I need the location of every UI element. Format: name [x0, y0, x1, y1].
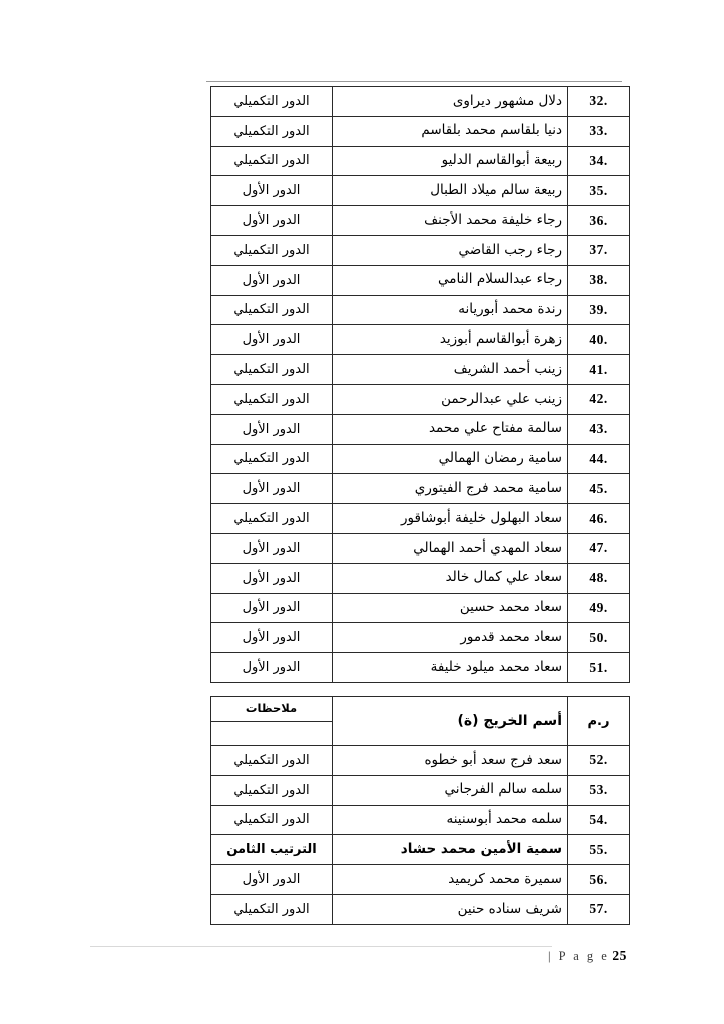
table-row: 53.سلمه سالم الفرجانيالدور التكميلي	[211, 775, 629, 805]
row-number: 43.	[568, 415, 629, 444]
table-row: 42.زينب علي عبدالرحمنالدور التكميلي	[211, 384, 629, 414]
header-notes-empty	[211, 722, 332, 745]
exam-round-status: الدور التكميلي	[211, 87, 333, 116]
exam-round-status: الترتيب الثامن	[211, 835, 333, 864]
exam-round-status: الدور الأول	[211, 325, 333, 354]
row-number: 55.	[568, 835, 629, 864]
row-number: 56.	[568, 865, 629, 894]
graduate-name: سالمة مفتاح علي محمد	[333, 415, 568, 444]
exam-round-status: الدور التكميلي	[211, 355, 333, 384]
graduate-name: رندة محمد أبوريانه	[333, 296, 568, 325]
exam-round-status: الدور الأول	[211, 534, 333, 563]
row-number: 37.	[568, 236, 629, 265]
table-row: 56.سميرة محمد كريميدالدور الأول	[211, 864, 629, 894]
exam-round-status: الدور التكميلي	[211, 504, 333, 533]
row-number: 46.	[568, 504, 629, 533]
graduate-name: ربيعة سالم ميلاد الطبال	[333, 176, 568, 205]
exam-round-status: الدور الأول	[211, 176, 333, 205]
exam-round-status: الدور التكميلي	[211, 746, 333, 775]
table-row: 57.شريف سناده حنينالدور التكميلي	[211, 894, 629, 924]
table-top-artifact-line	[206, 81, 622, 82]
row-number: 35.	[568, 176, 629, 205]
row-number: 38.	[568, 266, 629, 295]
header-notes-cell: ملاحظات	[211, 697, 333, 745]
table-row: 50.سعاد محمد قدمورالدور الأول	[211, 622, 629, 652]
row-number: 51.	[568, 653, 629, 682]
exam-round-status: الدور التكميلي	[211, 117, 333, 146]
table-row: 54.سلمه محمد أبوسنينهالدور التكميلي	[211, 805, 629, 835]
graduate-name: سعاد البهلول خليفة أبوشاقور	[333, 504, 568, 533]
table-row: 44.سامية رمضان الهماليالدور التكميلي	[211, 444, 629, 474]
row-number: 47.	[568, 534, 629, 563]
table-row: 41.زينب أحمد الشريفالدور التكميلي	[211, 354, 629, 384]
graduate-name: زهرة أبوالقاسم أبوزيد	[333, 325, 568, 354]
graduates-table-rows-32-51: 32.دلال مشهور ديراوىالدور التكميلي33.دني…	[210, 86, 630, 683]
header-notes-label: ملاحظات	[211, 697, 332, 722]
table-row: 36.رجاء خليفة محمد الأجنفالدور الأول	[211, 205, 629, 235]
graduate-name: دلال مشهور ديراوى	[333, 87, 568, 116]
page-footer: | P a g e25	[548, 948, 627, 964]
graduate-name: دنيا بلقاسم محمد بلقاسم	[333, 117, 568, 146]
exam-round-status: الدور الأول	[211, 865, 333, 894]
graduate-name: سعاد علي كمال خالد	[333, 564, 568, 593]
graduate-name: سامية رمضان الهمالي	[333, 445, 568, 474]
graduate-name: رجاء عبدالسلام النامي	[333, 266, 568, 295]
graduate-name: سمية الأمين محمد حشاد	[333, 835, 568, 864]
graduate-name: شريف سناده حنين	[333, 895, 568, 924]
exam-round-status: الدور التكميلي	[211, 147, 333, 176]
table-row: 51.سعاد محمد ميلود خليفةالدور الأول	[211, 652, 629, 682]
graduate-name: سامية محمد فرج الفيتوري	[333, 474, 568, 503]
exam-round-status: الدور التكميلي	[211, 445, 333, 474]
table-row: 49.سعاد محمد حسينالدور الأول	[211, 593, 629, 623]
exam-round-status: الدور الأول	[211, 266, 333, 295]
exam-round-status: الدور الأول	[211, 653, 333, 682]
exam-round-status: الدور الأول	[211, 206, 333, 235]
table-row: 48.سعاد علي كمال خالدالدور الأول	[211, 563, 629, 593]
document-page: 32.دلال مشهور ديراوىالدور التكميلي33.دني…	[0, 0, 724, 1024]
table-row: 40.زهرة أبوالقاسم أبوزيدالدور الأول	[211, 324, 629, 354]
exam-round-status: الدور التكميلي	[211, 895, 333, 924]
row-number: 40.	[568, 325, 629, 354]
exam-round-status: الدور الأول	[211, 564, 333, 593]
table-row: 34.ربيعة أبوالقاسم الدليوالدور التكميلي	[211, 146, 629, 176]
row-number: 54.	[568, 806, 629, 835]
graduate-name: سلمه سالم الفرجاني	[333, 776, 568, 805]
exam-round-status: الدور التكميلي	[211, 806, 333, 835]
graduate-name: ربيعة أبوالقاسم الدليو	[333, 147, 568, 176]
graduate-name: سعاد محمد حسين	[333, 594, 568, 623]
graduate-name: زينب أحمد الشريف	[333, 355, 568, 384]
row-number: 33.	[568, 117, 629, 146]
table-header-row: ر.م أسم الخريج (ة) ملاحظات	[211, 697, 629, 745]
graduate-name: سلمه محمد أبوسنينه	[333, 806, 568, 835]
row-number: 34.	[568, 147, 629, 176]
row-number: 49.	[568, 594, 629, 623]
table-row: 52.سعد فرج سعد أبو خطوهالدور التكميلي	[211, 745, 629, 775]
row-number: 41.	[568, 355, 629, 384]
row-number: 53.	[568, 776, 629, 805]
exam-round-status: الدور التكميلي	[211, 296, 333, 325]
row-number: 57.	[568, 895, 629, 924]
graduate-name: سميرة محمد كريميد	[333, 865, 568, 894]
row-number: 39.	[568, 296, 629, 325]
footer-page-label: | P a g e	[548, 949, 609, 963]
table-row: 35.ربيعة سالم ميلاد الطبالالدور الأول	[211, 175, 629, 205]
graduate-name: سعد فرج سعد أبو خطوه	[333, 746, 568, 775]
exam-round-status: الدور التكميلي	[211, 385, 333, 414]
table-row: 55.سمية الأمين محمد حشادالترتيب الثامن	[211, 834, 629, 864]
graduate-name: سعاد المهدي أحمد الهمالي	[333, 534, 568, 563]
graduate-name: رجاء رجب القاضي	[333, 236, 568, 265]
exam-round-status: الدور التكميلي	[211, 236, 333, 265]
table-row: 33.دنيا بلقاسم محمد بلقاسمالدور التكميلي	[211, 116, 629, 146]
exam-round-status: الدور الأول	[211, 594, 333, 623]
graduate-name: سعاد محمد قدمور	[333, 623, 568, 652]
row-number: 44.	[568, 445, 629, 474]
row-number: 50.	[568, 623, 629, 652]
header-graduate-name: أسم الخريج (ة)	[333, 697, 568, 745]
exam-round-status: الدور الأول	[211, 415, 333, 444]
table-row: 46.سعاد البهلول خليفة أبوشاقورالدور التك…	[211, 503, 629, 533]
graduate-name: زينب علي عبدالرحمن	[333, 385, 568, 414]
table-row: 47.سعاد المهدي أحمد الهماليالدور الأول	[211, 533, 629, 563]
row-number: 32.	[568, 87, 629, 116]
table-row: 43.سالمة مفتاح علي محمدالدور الأول	[211, 414, 629, 444]
row-number: 52.	[568, 746, 629, 775]
row-number: 36.	[568, 206, 629, 235]
row-number: 45.	[568, 474, 629, 503]
table-row: 32.دلال مشهور ديراوىالدور التكميلي	[211, 87, 629, 116]
exam-round-status: الدور التكميلي	[211, 776, 333, 805]
table-row: 38.رجاء عبدالسلام الناميالدور الأول	[211, 265, 629, 295]
graduate-name: رجاء خليفة محمد الأجنف	[333, 206, 568, 235]
row-number: 48.	[568, 564, 629, 593]
exam-round-status: الدور الأول	[211, 474, 333, 503]
table-row: 37.رجاء رجب القاضيالدور التكميلي	[211, 235, 629, 265]
table-row: 39.رندة محمد أبوريانهالدور التكميلي	[211, 295, 629, 325]
exam-round-status: الدور الأول	[211, 623, 333, 652]
graduates-table-rows-52-57: ر.م أسم الخريج (ة) ملاحظات 52.سعد فرج سع…	[210, 696, 630, 925]
table-row: 45.سامية محمد فرج الفيتوريالدور الأول	[211, 473, 629, 503]
footer-divider-line	[90, 946, 552, 947]
footer-page-number: 25	[612, 948, 627, 963]
graduate-name: سعاد محمد ميلود خليفة	[333, 653, 568, 682]
header-serial-number: ر.م	[568, 697, 629, 745]
row-number: 42.	[568, 385, 629, 414]
